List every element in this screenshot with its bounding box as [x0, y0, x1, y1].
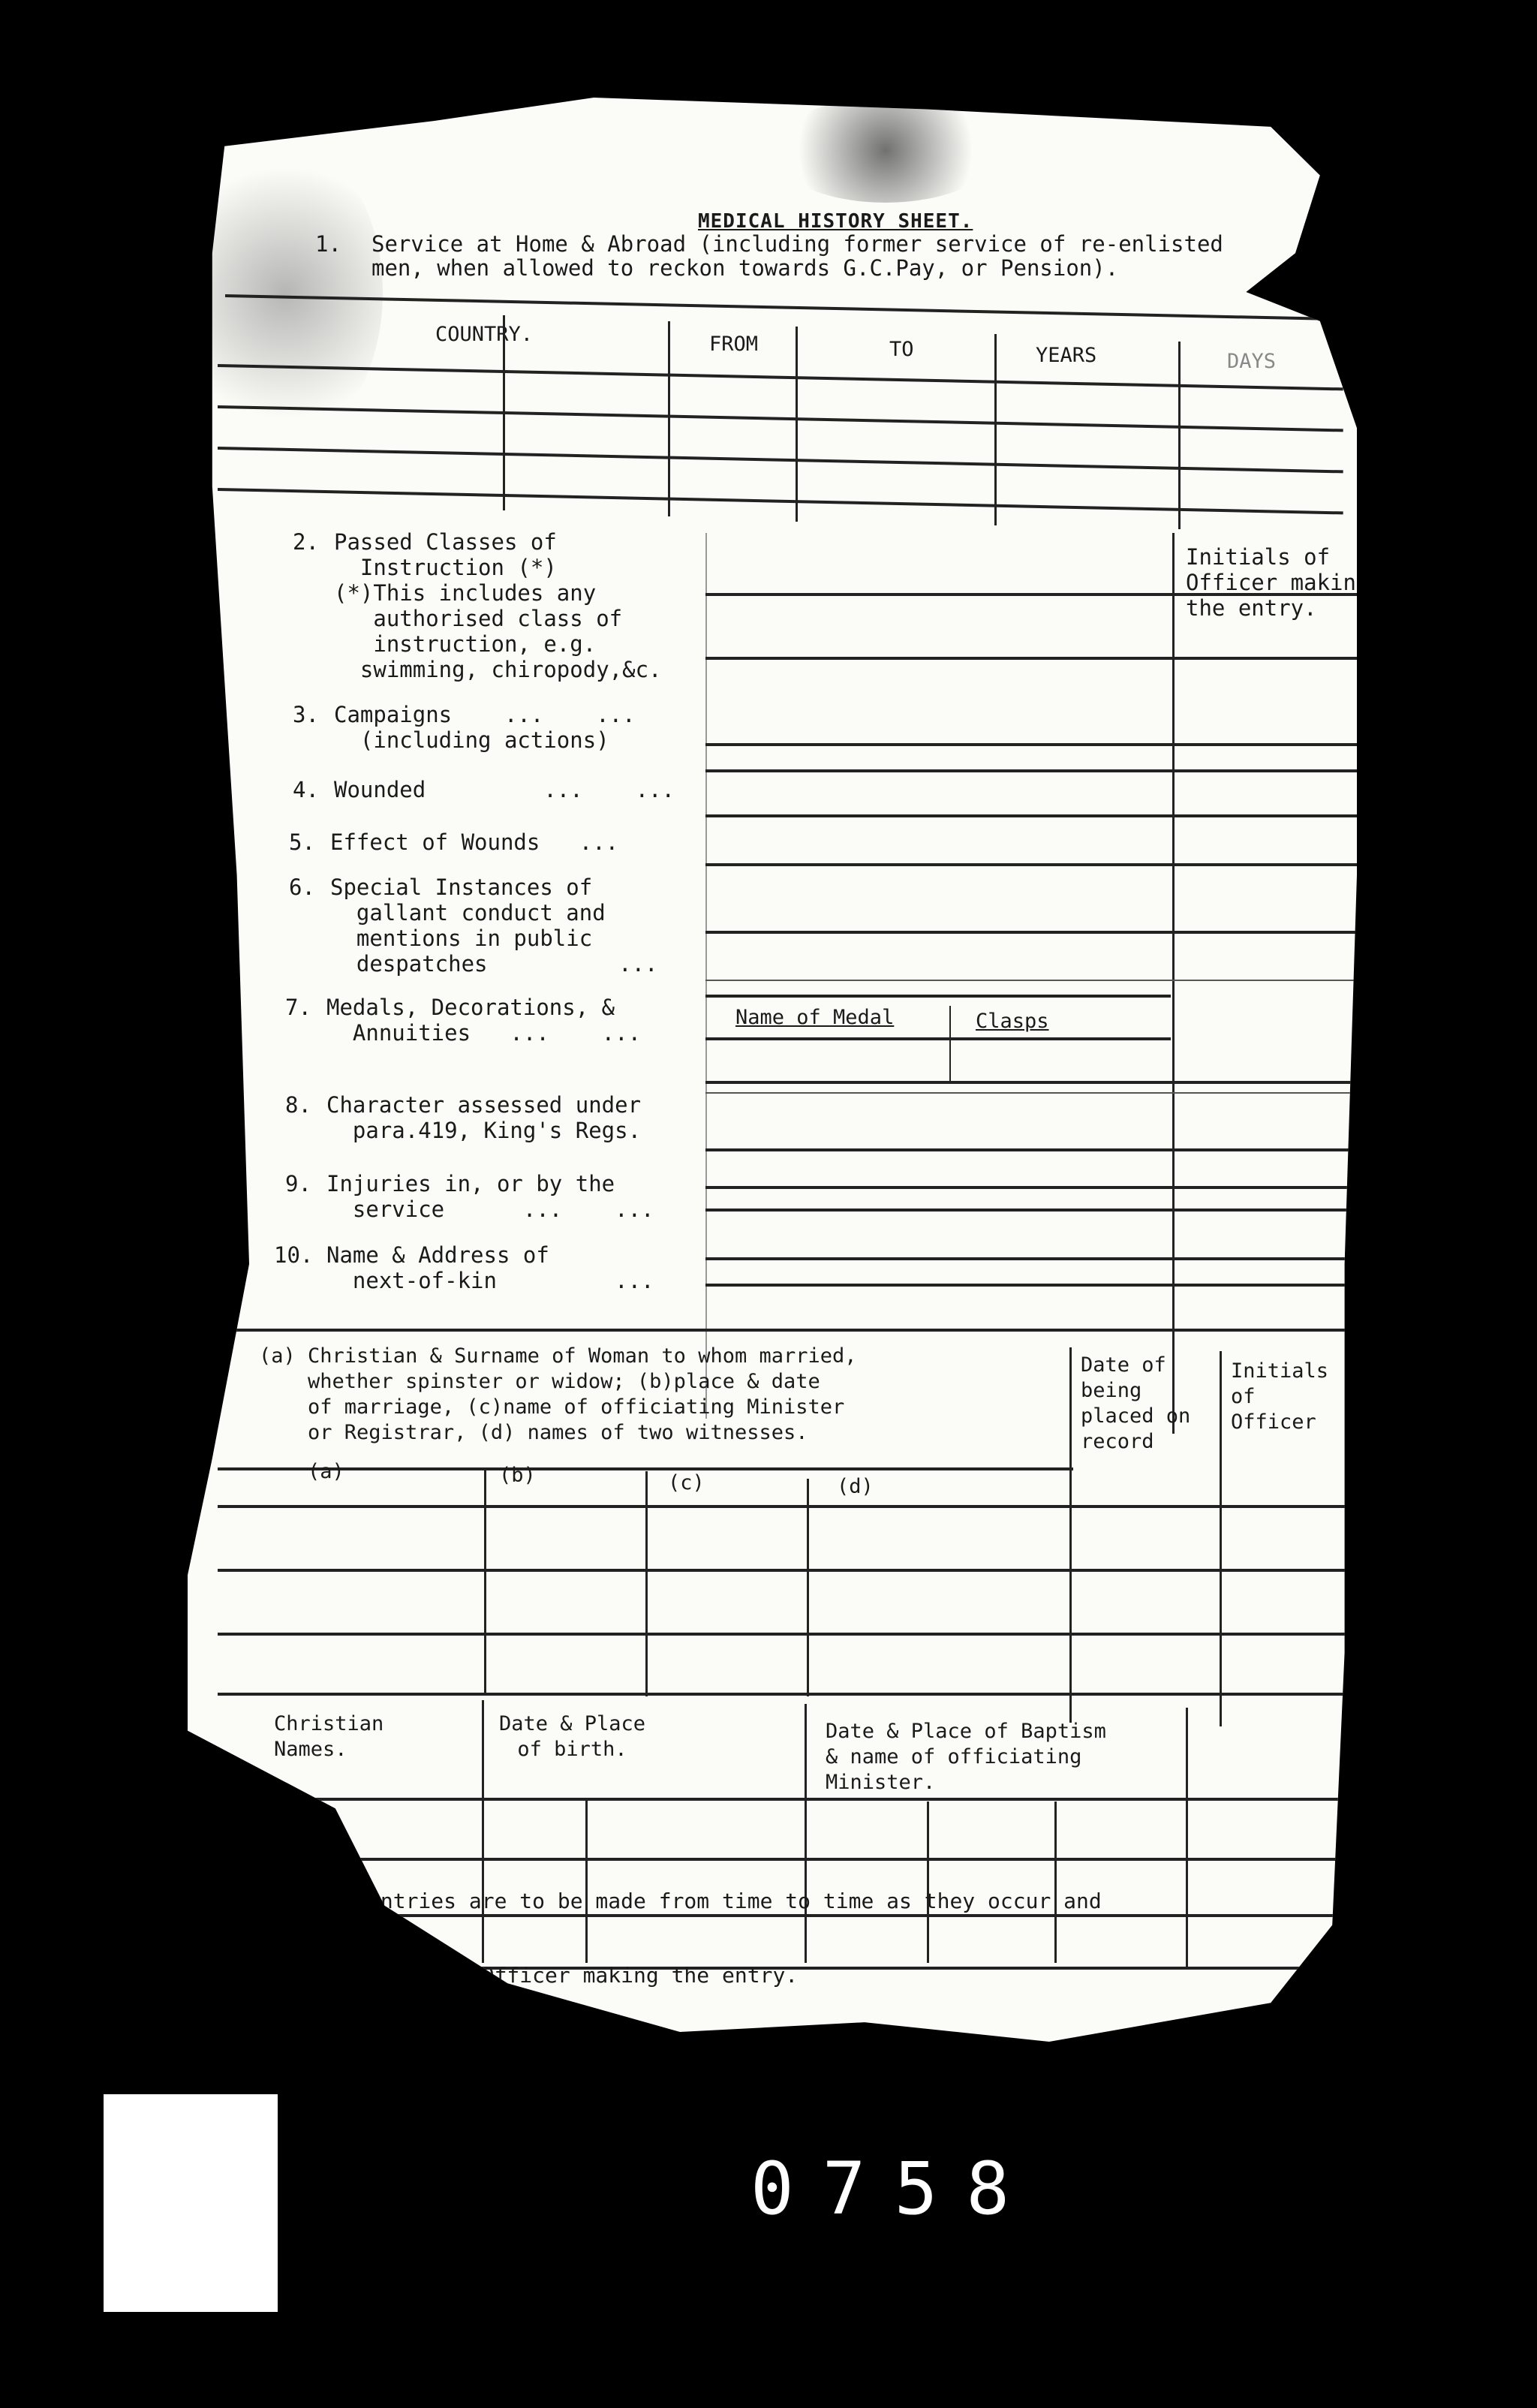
rule [218, 405, 1343, 432]
rule [705, 593, 1366, 596]
col-days: DAYS [1227, 350, 1276, 373]
rule [218, 1633, 1358, 1636]
marriage-header: (a) Christian & Surname of Woman to whom… [259, 1344, 857, 1446]
rule [705, 1186, 1358, 1189]
medical-history-sheet: MEDICAL HISTORY SHEET. 1. Service at Hom… [188, 98, 1418, 2042]
rule [705, 1081, 1358, 1084]
clasps-header: Clasps [976, 1010, 1049, 1033]
col-country: COUNTRY. [435, 323, 533, 346]
rule [218, 1329, 1358, 1332]
rule [225, 294, 1358, 321]
rule [705, 743, 1366, 746]
col-from: FROM [709, 333, 758, 356]
rule [1186, 1708, 1188, 1967]
officer-initials-header: Initials of Officer [1231, 1359, 1328, 1435]
sub-col-c: (c) [668, 1471, 705, 1494]
rule [705, 1209, 1358, 1212]
rule [705, 1037, 1171, 1040]
section-1-number: 1. [315, 231, 341, 257]
rule [705, 1257, 1358, 1260]
rule [796, 327, 798, 522]
frame-counter: 0758 [750, 2147, 1038, 2231]
rule [705, 863, 1366, 866]
rule [484, 1467, 486, 1693]
rule [705, 814, 1366, 817]
rule [949, 1006, 951, 1081]
rule [218, 488, 1343, 514]
rule [705, 931, 1358, 934]
page-title: MEDICAL HISTORY SHEET. [698, 210, 973, 233]
rule [705, 980, 1358, 981]
medal-name-header: Name of Medal [735, 1006, 894, 1029]
baptism-header: Date & Place of Baptism & name of offici… [826, 1719, 1106, 1795]
christian-names-header: Christian Names. [274, 1711, 383, 1762]
birth-header: Date & Place of birth. [499, 1711, 645, 1762]
rule [218, 1467, 1073, 1470]
calibration-card [104, 2094, 278, 2312]
rule [1172, 533, 1175, 1434]
rule [1069, 1347, 1072, 1723]
rule [218, 1798, 1358, 1801]
sub-col-d: (d) [837, 1475, 874, 1498]
rule [218, 1505, 1358, 1508]
rule [705, 1148, 1358, 1151]
rule [807, 1479, 809, 1696]
rule [1178, 342, 1181, 529]
rule [705, 1092, 1358, 1094]
ink-stain [773, 98, 998, 203]
rule [218, 1569, 1358, 1572]
rule [994, 334, 997, 525]
rule [705, 657, 1366, 660]
rule [218, 364, 1343, 390]
section-1-text-line1: Service at Home & Abroad (including form… [371, 231, 1223, 257]
sub-col-b: (b) [499, 1464, 536, 1487]
date-placed-header: Date of being placed on record [1081, 1353, 1190, 1455]
rule [218, 1693, 1358, 1696]
rule [503, 315, 505, 510]
section-1-text-line2: men, when allowed to reckon towards G.C.… [371, 255, 1118, 281]
initials-header: Initials of Officer making the entry. [1186, 544, 1369, 621]
rule [668, 321, 670, 516]
ink-stain [188, 143, 383, 443]
sub-col-a: (a) [308, 1460, 344, 1483]
rule [1220, 1351, 1222, 1726]
col-to: TO [889, 338, 914, 361]
rule [705, 995, 1171, 998]
col-years: YEARS [1036, 344, 1096, 367]
rule [705, 769, 1366, 772]
rule [705, 1284, 1358, 1287]
rule [218, 447, 1343, 473]
